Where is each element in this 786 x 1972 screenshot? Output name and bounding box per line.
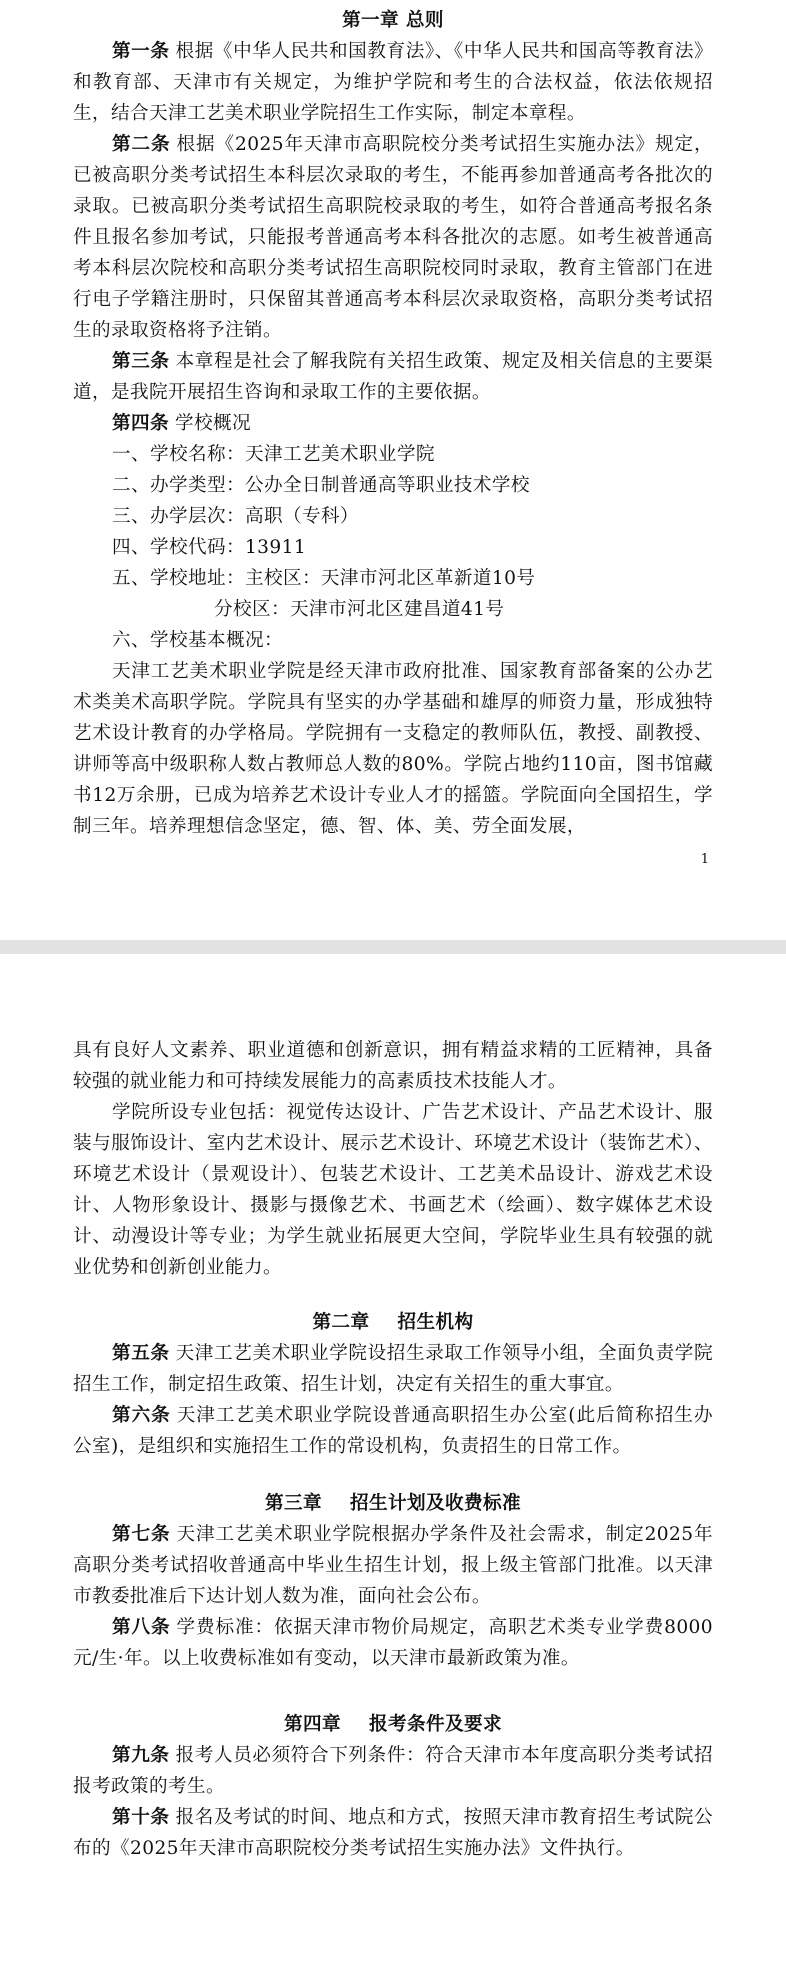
- chapter-name: 总则: [406, 10, 444, 31]
- school-overview-paragraph: 天津工艺美术职业学院是经天津市政府批准、国家教育部备案的公办艺术类美术高职学院。…: [73, 656, 713, 842]
- article-8: 第八条学费标准：依据天津市物价局规定，高职艺术类专业学费8000元/生·年。以上…: [73, 1612, 713, 1674]
- school-address-branch-item: 分校区：天津市河北区建昌道41号: [73, 594, 713, 625]
- chapter-name: 报考条件及要求: [369, 1714, 502, 1735]
- overview-continuation: 具有良好人文素养、职业道德和创新意识，拥有精益求精的工匠精神，具备较强的就业能力…: [73, 1035, 713, 1097]
- school-code-item: 四、学校代码：13911: [73, 532, 713, 563]
- article-3: 第三条本章程是社会了解我院有关招生政策、规定及相关信息的主要渠道，是我院开展招生…: [73, 346, 713, 408]
- document-page-2: 具有良好人文素养、职业道德和创新意识，拥有精益求精的工匠精神，具备较强的就业能力…: [0, 954, 786, 1972]
- school-address-main-item: 五、学校地址：主校区：天津市河北区革新道10号: [73, 563, 713, 594]
- page-separator: [0, 940, 786, 954]
- chapter-4-title: 第四章报考条件及要求: [73, 1709, 713, 1740]
- school-name-item: 一、学校名称：天津工艺美术职业学院: [73, 439, 713, 470]
- article-7: 第七条天津工艺美术职业学院根据办学条件及社会需求，制定2025年高职分类考试招收…: [73, 1519, 713, 1612]
- page-2-content: 具有良好人文素养、职业道德和创新意识，拥有精益求精的工匠精神，具备较强的就业能力…: [73, 1035, 713, 1864]
- article-label: 第六条: [112, 1405, 171, 1426]
- article-2: 第二条根据《2025年天津市高职院校分类考试招生实施办法》规定，已被高职分类考试…: [73, 129, 713, 346]
- chapter-number: 第三章: [265, 1493, 322, 1514]
- chapter-2-title: 第二章招生机构: [73, 1307, 713, 1338]
- article-label: 第五条: [112, 1343, 170, 1364]
- article-text: 学校概况: [175, 413, 251, 434]
- article-5: 第五条天津工艺美术职业学院设招生录取工作领导小组，全面负责学院招生工作，制定招生…: [73, 1338, 713, 1400]
- article-4: 第四条学校概况: [73, 408, 713, 439]
- article-9: 第九条报考人员必须符合下列条件：符合天津市本年度高职分类考试招报考政策的考生。: [73, 1740, 713, 1802]
- chapter-name: 招生机构: [398, 1312, 474, 1333]
- article-label: 第一条: [112, 41, 170, 62]
- chapter-1-title: 第一章 总则: [73, 5, 713, 36]
- article-label: 第十条: [112, 1807, 170, 1828]
- article-6: 第六条天津工艺美术职业学院设普通高职招生办公室(此后简称招生办公室)，是组织和实…: [73, 1400, 713, 1462]
- page-1-content: 第一章 总则 第一条根据《中华人民共和国教育法》、《中华人民共和国高等教育法》和…: [73, 5, 713, 842]
- chapter-3-title: 第三章招生计划及收费标准: [73, 1488, 713, 1519]
- school-type-item: 二、办学类型：公办全日制普通高等职业技术学校: [73, 470, 713, 501]
- school-level-item: 三、办学层次：高职（专科）: [73, 501, 713, 532]
- article-10: 第十条报名及考试的时间、地点和方式，按照天津市教育招生考试院公布的《2025年天…: [73, 1802, 713, 1864]
- article-label: 第二条: [112, 134, 171, 155]
- article-1: 第一条根据《中华人民共和国教育法》、《中华人民共和国高等教育法》和教育部、天津市…: [73, 36, 713, 129]
- majors-paragraph: 学院所设专业包括：视觉传达设计、广告艺术设计、产品艺术设计、服装与服饰设计、室内…: [73, 1097, 713, 1283]
- article-label: 第九条: [112, 1745, 170, 1766]
- chapter-number: 第四章: [284, 1714, 341, 1735]
- chapter-number: 第一章: [342, 10, 399, 31]
- article-label: 第八条: [112, 1617, 171, 1638]
- article-label: 第四条: [112, 413, 169, 434]
- article-label: 第三条: [112, 351, 170, 372]
- article-text: 根据《2025年天津市高职院校分类考试招生实施办法》规定，已被高职分类考试招生本…: [73, 134, 713, 341]
- page-number: 1: [701, 852, 709, 868]
- chapter-number: 第二章: [313, 1312, 370, 1333]
- document-page-1: 第一章 总则 第一条根据《中华人民共和国教育法》、《中华人民共和国高等教育法》和…: [0, 0, 786, 940]
- chapter-name: 招生计划及收费标准: [350, 1493, 521, 1514]
- school-overview-heading: 六、学校基本概况：: [73, 625, 713, 656]
- article-label: 第七条: [112, 1524, 171, 1545]
